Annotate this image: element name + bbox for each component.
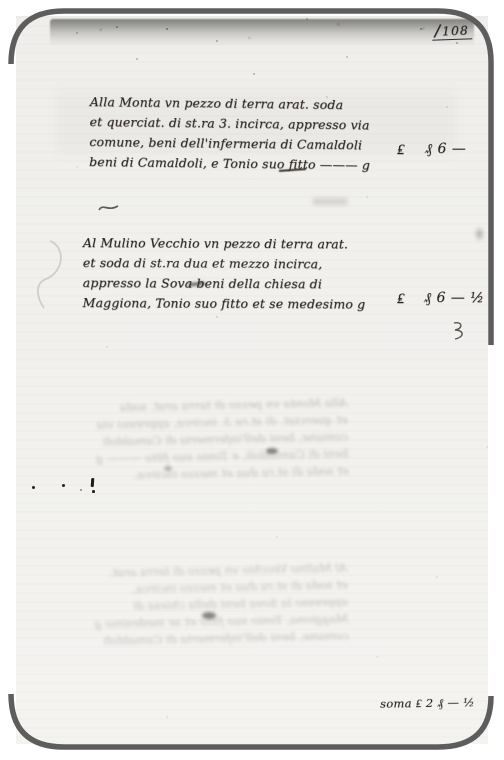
ledger-entry-1: Alla Monta vn pezzo di terra arat. soda … [89, 92, 371, 175]
exclamation-ink-mark [91, 478, 94, 487]
edge-stain [474, 226, 485, 242]
ink-dot [80, 489, 82, 491]
bleed-through-smudge [202, 612, 216, 619]
manuscript-page: 108 Alla Monta vn pezzo di terra arat. s… [16, 16, 488, 744]
bleed-through-text-block-1: Alla Monta vn pezzo di terra arat. soda … [95, 394, 349, 484]
entry-line: Al Mulino Vecchio vn pezzo di terra arat… [83, 233, 366, 254]
ink-smear [313, 198, 347, 205]
ledger-entry-2: Al Mulino Vecchio vn pezzo di terra arat… [83, 233, 366, 314]
bleed-through-smudge [266, 448, 278, 454]
manuscript-scan: 108 Alla Monta vn pezzo di terra arat. s… [0, 0, 504, 760]
entry-line: beni di Camaldoli, e Tonio suo fitto ———… [89, 152, 370, 175]
ink-dot [32, 486, 35, 489]
entry-line: Maggiona, Tonio suo fitto et se medesimo… [83, 293, 366, 314]
amount-entry-1: ₰ 6 — [425, 141, 466, 158]
sum-total-line: soma ₤ 2 ₰ — ½ [380, 695, 475, 711]
entry-line: appresso la Sova beni della chiesa di [83, 273, 366, 294]
page-top-edge-shadow [50, 19, 474, 46]
currency-symbol-entry-1: ₤ [397, 140, 405, 159]
currency-symbol-entry-2: ₤ [397, 289, 405, 308]
flourish-below-amount [450, 321, 468, 341]
folio-number: 108 [432, 22, 472, 40]
bleed-through-smudge [164, 466, 172, 471]
amount-entry-2: ₰ 6 — ½ [424, 290, 484, 307]
dust-specks-top [116, 26, 118, 28]
ink-dot [62, 484, 65, 487]
dust-specks-paper [216, 316, 218, 318]
entry-line: et soda di st.ra dua et mezzo incirca, [83, 253, 366, 274]
ink-dot [92, 490, 95, 493]
folio-number-text: 108 [442, 22, 469, 38]
bleed-through-text-block-2: Al Mulino Vecchio vn pezzo di terra arat… [95, 559, 349, 649]
marginal-squiggle-mark [98, 202, 120, 214]
scan-hair-artifact [28, 238, 72, 312]
